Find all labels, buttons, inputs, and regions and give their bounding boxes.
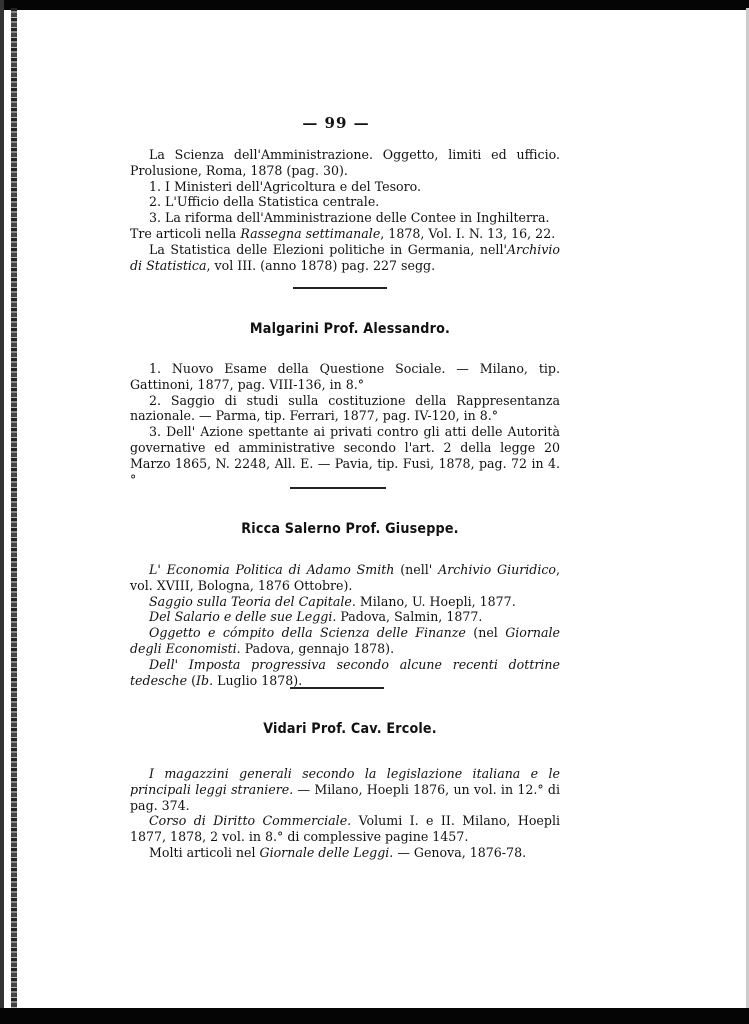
entry: L' Economia Politica di Adamo Smith (nel… xyxy=(130,562,560,594)
entry: Corso di Diritto Commerciale. Volumi I. … xyxy=(130,813,560,845)
entry: Oggetto e cómpito della Scienza delle Fi… xyxy=(130,625,560,657)
author-bibliography: I magazzini generali secondo la legislaz… xyxy=(130,766,560,861)
entry: Del Salario e delle sue Leggi. Padova, S… xyxy=(130,609,560,625)
book-page: — 99 — La Scienza dell'Amministrazione. … xyxy=(0,0,749,1024)
entry: I magazzini generali secondo la legislaz… xyxy=(130,766,560,813)
entry: La Statistica delle Elezioni politiche i… xyxy=(130,242,560,274)
separator-rule xyxy=(290,687,384,689)
page-number: — 99 — xyxy=(0,114,672,132)
entry: Dell' Imposta progressiva secondo alcune… xyxy=(130,657,560,689)
entry: 1. Nuovo Esame della Questione Sociale. … xyxy=(130,361,560,393)
entry: La Scienza dell'Amministrazione. Oggetto… xyxy=(130,147,560,179)
entry: 2. Saggio di studi sulla costituzione de… xyxy=(130,393,560,425)
author-heading: Ricca Salerno Prof. Giuseppe. xyxy=(42,521,658,537)
separator-rule xyxy=(290,487,386,489)
entry: Saggio sulla Teoria del Capitale. Milano… xyxy=(130,594,560,610)
entry: Molti articoli nel Giornale delle Leggi.… xyxy=(130,845,560,861)
author-heading: Vidari Prof. Cav. Ercole. xyxy=(42,721,658,737)
author-bibliography: 1. Nuovo Esame della Questione Sociale. … xyxy=(130,361,560,487)
author-bibliography: L' Economia Politica di Adamo Smith (nel… xyxy=(130,562,560,688)
entry: 3. La riforma dell'Amministrazione delle… xyxy=(130,210,560,226)
entry: 2. L'Ufficio della Statistica centrale. xyxy=(130,194,560,210)
author-heading: Malgarini Prof. Alessandro. xyxy=(42,321,658,337)
entry: 1. I Ministeri dell'Agricoltura e del Te… xyxy=(130,179,560,195)
separator-rule xyxy=(293,287,387,289)
entry: 3. Dell' Azione spettante ai privati con… xyxy=(130,424,560,487)
entry: Tre articoli nella Rassegna settimanale,… xyxy=(130,226,560,242)
section-continued-entries: La Scienza dell'Amministrazione. Oggetto… xyxy=(130,147,560,273)
